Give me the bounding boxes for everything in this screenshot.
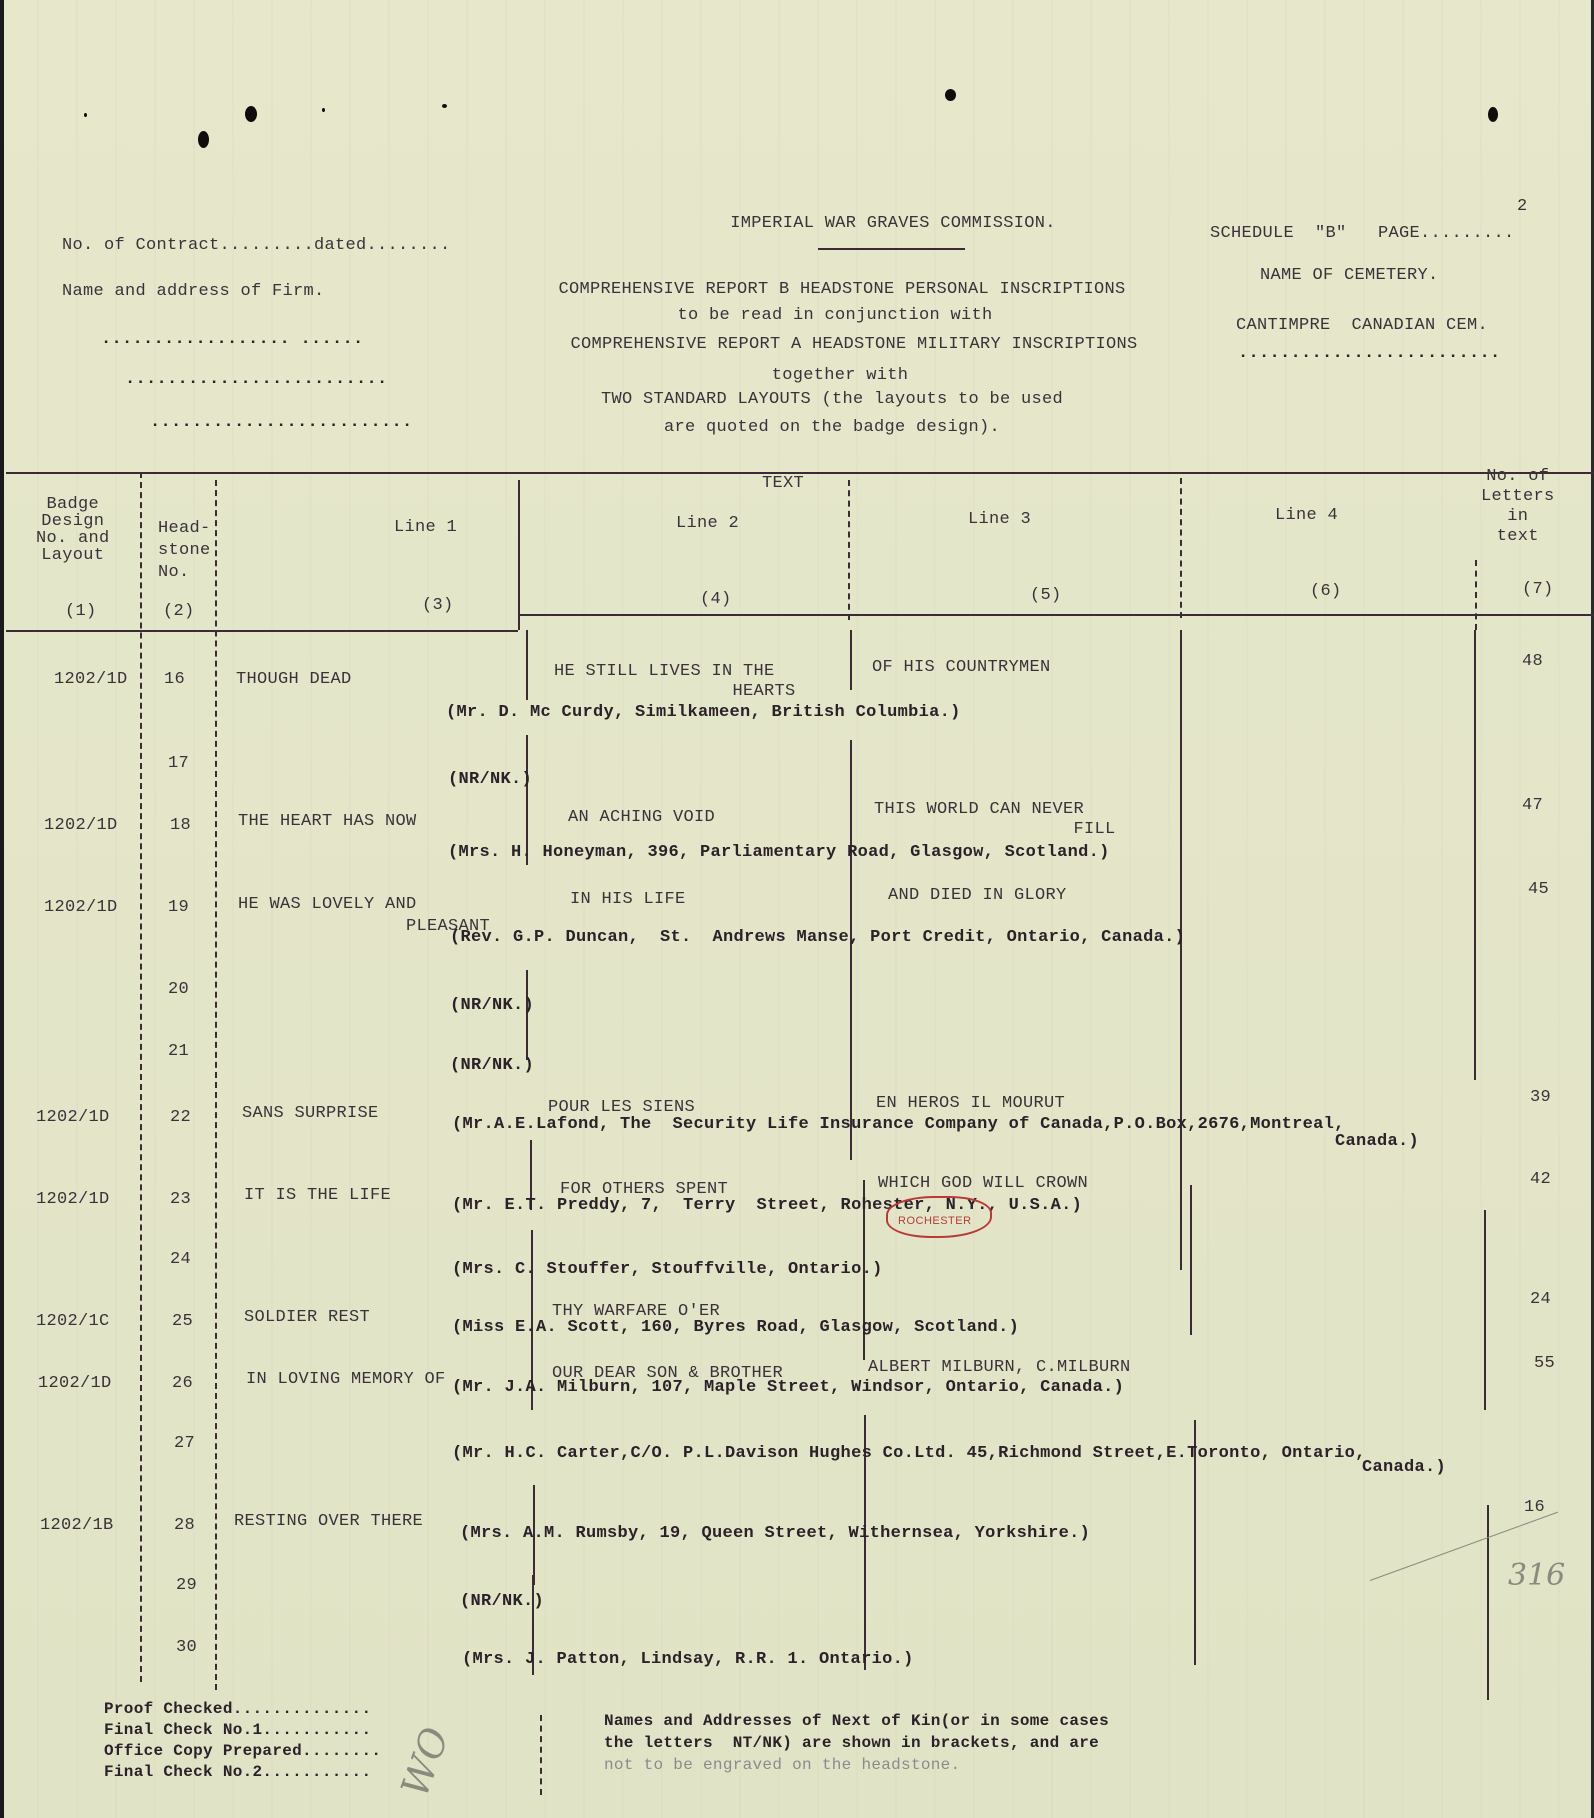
ink-speck xyxy=(442,104,447,108)
headstone-cell: 17 xyxy=(168,754,189,773)
badge-cell: 1202/1D xyxy=(36,1108,110,1127)
col-number-4: (4) xyxy=(700,590,732,609)
headstone-cell: 22 xyxy=(170,1108,191,1127)
line2-rule xyxy=(526,630,528,700)
headstone-cell: 24 xyxy=(170,1250,191,1269)
cemetery-label: NAME OF CEMETERY. xyxy=(1260,266,1439,285)
ink-speck xyxy=(322,108,325,112)
report-line-5: TWO STANDARD LAYOUTS (the layouts to be … xyxy=(601,390,1063,409)
report-line-2: to be read in conjunction with xyxy=(677,306,992,325)
badge-cell: 1202/1D xyxy=(44,898,118,917)
badge-cell: 1202/1C xyxy=(36,1312,110,1331)
cemetery-name: CANTIMPRE CANADIAN CEM. xyxy=(1236,316,1488,335)
note-line-1: Names and Addresses of Next of Kin(or in… xyxy=(604,1712,1109,1730)
office-copy-prepared: Office Copy Prepared........ xyxy=(104,1742,381,1760)
headstone-cell: 25 xyxy=(172,1312,193,1331)
report-line-4: together with xyxy=(772,366,909,385)
next-of-kin-cont: Canada.) xyxy=(1335,1132,1419,1151)
col-number-3: (3) xyxy=(422,596,454,615)
line2-cell: IN HIS LIFE xyxy=(570,890,686,909)
col-divider-1 xyxy=(140,472,143,1682)
col-header-line4: Line 4 xyxy=(1275,506,1338,525)
line3-cell: EN HEROS IL MOURUT xyxy=(876,1094,1065,1113)
next-of-kin: (NR/NK.) xyxy=(450,1056,534,1075)
header-bottom-rule-right xyxy=(518,614,1594,616)
line2-rule-c xyxy=(526,970,528,1060)
punch-hole xyxy=(245,106,257,122)
col-divider-2 xyxy=(215,480,218,1690)
letters-cell: 42 xyxy=(1530,1170,1551,1189)
next-of-kin: (Mrs. C. Stouffer, Stouffville, Ontario.… xyxy=(452,1260,883,1279)
report-line-6: are quoted on the badge design). xyxy=(664,418,1000,437)
next-of-kin: (NR/NK.) xyxy=(460,1592,544,1611)
correction-text: ROCHESTER xyxy=(898,1215,972,1227)
next-of-kin: (Mr. J.A. Milburn, 107, Maple Street, Wi… xyxy=(452,1378,1124,1397)
line1-cell: IN LOVING MEMORY OF xyxy=(246,1370,446,1389)
header-bottom-rule-left xyxy=(6,630,518,632)
line1-cell: SOLDIER REST xyxy=(244,1308,370,1327)
line1-cell: THOUGH DEAD xyxy=(236,670,352,689)
line1-cell: SANS SURPRISE xyxy=(242,1104,379,1123)
letters-cell: 16 xyxy=(1524,1498,1545,1517)
col-number-1: (1) xyxy=(65,602,97,621)
report-line-1: COMPREHENSIVE REPORT B HEADSTONE PERSONA… xyxy=(558,280,1125,299)
line3-rule-b xyxy=(850,740,852,1160)
col-divider-3 xyxy=(518,480,520,630)
note-line-2: the letters NT/NK) are shown in brackets… xyxy=(604,1734,1099,1752)
badge-cell: 1202/1D xyxy=(36,1190,110,1209)
next-of-kin: (Mrs. A.M. Rumsby, 19, Queen Street, Wit… xyxy=(460,1524,1090,1543)
line4-rule-b xyxy=(1190,1185,1192,1335)
line2-cell: AN ACHING VOID xyxy=(568,808,715,827)
headstone-cell: 16 xyxy=(164,670,185,689)
letters-cell: 24 xyxy=(1530,1290,1551,1309)
badge-cell: 1202/1D xyxy=(38,1374,112,1393)
cemetery-dots: ......................... xyxy=(1238,344,1501,363)
line1-cell: IT IS THE LIFE xyxy=(244,1186,391,1205)
col-divider-6 xyxy=(1475,560,1478,630)
next-of-kin: (Mrs. J. Patton, Lindsay, R.R. 1. Ontari… xyxy=(462,1650,914,1669)
line3-cell: THIS WORLD CAN NEVER FILL xyxy=(874,800,1116,840)
headstone-cell: 19 xyxy=(168,898,189,917)
line4-rule xyxy=(1180,630,1182,1270)
punch-hole xyxy=(1488,107,1498,122)
letters-rule-b xyxy=(1484,1210,1486,1410)
firm-dots-1: .................. ...... xyxy=(101,330,364,349)
col-header-letters: No. of Letters in text xyxy=(1481,467,1555,547)
line3-rule xyxy=(850,630,852,690)
next-of-kin: (Miss E.A. Scott, 160, Byres Road, Glasg… xyxy=(452,1318,1019,1337)
col-number-2: (2) xyxy=(163,602,195,621)
next-of-kin-cont: Canada.) xyxy=(1362,1458,1446,1477)
firm-label: Name and address of Firm. xyxy=(62,282,325,301)
next-of-kin: (Mr. H.C. Carter,C/O. P.L.Davison Hughes… xyxy=(452,1444,1366,1463)
col-header-badge: Badge Design No. and Layout xyxy=(36,496,110,564)
line1-cell: THE HEART HAS NOW xyxy=(238,812,417,831)
col-header-line2: Line 2 xyxy=(676,514,739,533)
title-underline xyxy=(818,248,965,250)
letters-rule xyxy=(1474,630,1476,1080)
schedule-line: SCHEDULE "B" PAGE......... xyxy=(1210,224,1515,243)
contract-line: No. of Contract.........dated........ xyxy=(62,236,451,255)
next-of-kin: (Mr.A.E.Lafond, The Security Life Insura… xyxy=(452,1115,1345,1134)
proof-checked: Proof Checked.............. xyxy=(104,1700,371,1718)
col-divider-4 xyxy=(848,480,851,620)
page-number: 2 xyxy=(1517,197,1528,216)
headstone-cell: 26 xyxy=(172,1374,193,1393)
col-header-headstone: Head- stone No. xyxy=(158,518,211,584)
line1-cell: RESTING OVER THERE xyxy=(234,1512,423,1531)
letters-cell: 39 xyxy=(1530,1088,1551,1107)
col-divider-5 xyxy=(1180,478,1183,618)
punch-hole xyxy=(198,131,209,148)
badge-cell: 1202/1D xyxy=(54,670,128,689)
next-of-kin: (Rev. G.P. Duncan, St. Andrews Manse, Po… xyxy=(450,928,1185,947)
next-of-kin: (Mr. D. Mc Curdy, Similkameen, British C… xyxy=(446,703,961,722)
final-check-1: Final Check No.1........... xyxy=(104,1721,371,1739)
headstone-cell: 28 xyxy=(174,1516,195,1535)
firm-dots-2: ......................... xyxy=(125,370,388,389)
headstone-cell: 30 xyxy=(176,1638,197,1657)
firm-dots-3: ......................... xyxy=(150,413,413,432)
headstone-cell: 21 xyxy=(168,1042,189,1061)
ink-speck xyxy=(84,113,87,117)
commission-title: IMPERIAL WAR GRAVES COMMISSION. xyxy=(730,214,1056,233)
line3-cell: AND DIED IN GLORY xyxy=(888,886,1067,905)
col-number-6: (6) xyxy=(1310,582,1342,601)
letters-cell: 47 xyxy=(1522,796,1543,815)
footer-divider xyxy=(540,1715,543,1795)
line3-cell: OF HIS COUNTRYMEN xyxy=(872,658,1051,677)
headstone-cell: 23 xyxy=(170,1190,191,1209)
next-of-kin: (NR/NK.) xyxy=(448,770,532,789)
badge-cell: 1202/1D xyxy=(44,816,118,835)
col-header-line3: Line 3 xyxy=(968,510,1031,529)
line2-cell: HE STILL LIVES IN THE HEARTS xyxy=(554,662,796,702)
final-check-2: Final Check No.2........... xyxy=(104,1763,371,1781)
headstone-cell: 18 xyxy=(170,816,191,835)
col-number-5: (5) xyxy=(1030,586,1062,605)
headstone-cell: 27 xyxy=(174,1434,195,1453)
letters-cell: 48 xyxy=(1522,652,1543,671)
report-line-3: COMPREHENSIVE REPORT A HEADSTONE MILITAR… xyxy=(570,335,1137,354)
letters-rule-c xyxy=(1487,1505,1489,1700)
note-line-3: not to be engraved on the headstone. xyxy=(604,1756,960,1774)
line3-cell: ALBERT MILBURN, C.MILBURN xyxy=(868,1358,1131,1377)
badge-cell: 1202/1B xyxy=(40,1516,114,1535)
punch-hole xyxy=(945,89,956,101)
headstone-cell: 20 xyxy=(168,980,189,999)
line3-cell: WHICH GOD WILL CROWN xyxy=(878,1174,1088,1193)
scan-edge-left xyxy=(0,0,4,1818)
col-header-line1: Line 1 xyxy=(394,518,457,537)
text-group-label: TEXT xyxy=(762,474,804,493)
col-number-7: (7) xyxy=(1522,580,1554,599)
letters-cell: 45 xyxy=(1528,880,1549,899)
next-of-kin: (NR/NK.) xyxy=(450,996,534,1015)
next-of-kin: (Mrs. H. Honeyman, 396, Parliamentary Ro… xyxy=(448,843,1110,862)
letters-cell: 55 xyxy=(1534,1354,1555,1373)
headstone-cell: 29 xyxy=(176,1576,197,1595)
handwritten-total: 316 xyxy=(1508,1558,1565,1593)
